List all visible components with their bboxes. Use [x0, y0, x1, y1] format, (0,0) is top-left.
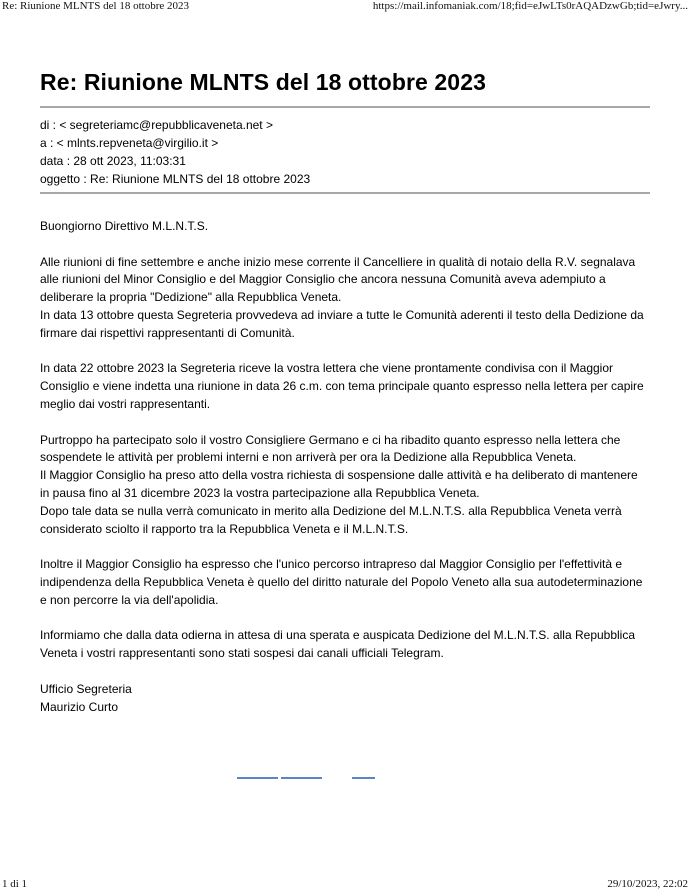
footer-links [0, 777, 690, 783]
email-meta: di : < segreteriamc@repubblicaveneta.net… [40, 116, 650, 188]
paragraph-line: Dopo tale data se nulla verrà comunicato… [40, 504, 622, 536]
email-to: a : < mlnts.repveneta@virgilio.it > [40, 134, 650, 152]
paragraph-2: In data 22 ottobre 2023 la Segreteria ri… [40, 360, 650, 413]
print-footer: 1 di 1 29/10/2023, 22:02 [0, 878, 690, 892]
meta-divider [40, 192, 650, 194]
footer-link-1[interactable] [237, 777, 278, 779]
paragraph-line: Alle riunioni di fine settembre e anche … [40, 255, 635, 305]
email-date: data : 28 ott 2023, 11:03:31 [40, 152, 650, 170]
paragraph-3: Purtroppo ha partecipato solo il vostro … [40, 432, 650, 539]
print-timestamp: 29/10/2023, 22:02 [605, 878, 690, 892]
print-header: Re: Riunione MLNTS del 18 ottobre 2023 h… [0, 0, 690, 14]
footer-link-2[interactable] [281, 777, 322, 779]
paragraph-line: Informiamo che dalla data odierna in att… [40, 628, 635, 660]
paragraph-line: In data 22 ottobre 2023 la Segreteria ri… [40, 361, 644, 411]
paragraph-1: Alle riunioni di fine settembre e anche … [40, 254, 650, 343]
email-from: di : < segreteriamc@repubblicaveneta.net… [40, 116, 650, 134]
page-number: 1 di 1 [0, 878, 29, 892]
paragraph-5: Informiamo che dalla data odierna in att… [40, 627, 650, 663]
paragraph-line: Il Maggior Consiglio ha preso atto della… [40, 468, 638, 500]
signature: Ufficio Segreteria Maurizio Curto [40, 681, 650, 717]
footer-link-3[interactable] [352, 777, 375, 779]
print-header-title: Re: Riunione MLNTS del 18 ottobre 2023 [0, 0, 191, 14]
paragraph-4: Inoltre il Maggior Consiglio ha espresso… [40, 556, 650, 609]
paragraph-line: Purtroppo ha partecipato solo il vostro … [40, 433, 620, 465]
paragraph-line: Inoltre il Maggior Consiglio ha espresso… [40, 557, 642, 607]
print-header-url: https://mail.infomaniak.com/18;fid=eJwLT… [371, 0, 690, 14]
email-subject-heading: Re: Riunione MLNTS del 18 ottobre 2023 [40, 64, 650, 100]
signature-name: Maurizio Curto [40, 700, 118, 714]
email-print-view: Re: Riunione MLNTS del 18 ottobre 2023 d… [40, 64, 650, 734]
signature-office: Ufficio Segreteria [40, 682, 132, 696]
paragraph-line: In data 13 ottobre questa Segreteria pro… [40, 308, 644, 340]
greeting: Buongiorno Direttivo M.L.N.T.S. [40, 218, 650, 236]
email-body: Buongiorno Direttivo M.L.N.T.S. Alle riu… [40, 218, 650, 716]
header-divider [40, 106, 650, 108]
email-subject: oggetto : Re: Riunione MLNTS del 18 otto… [40, 170, 650, 188]
